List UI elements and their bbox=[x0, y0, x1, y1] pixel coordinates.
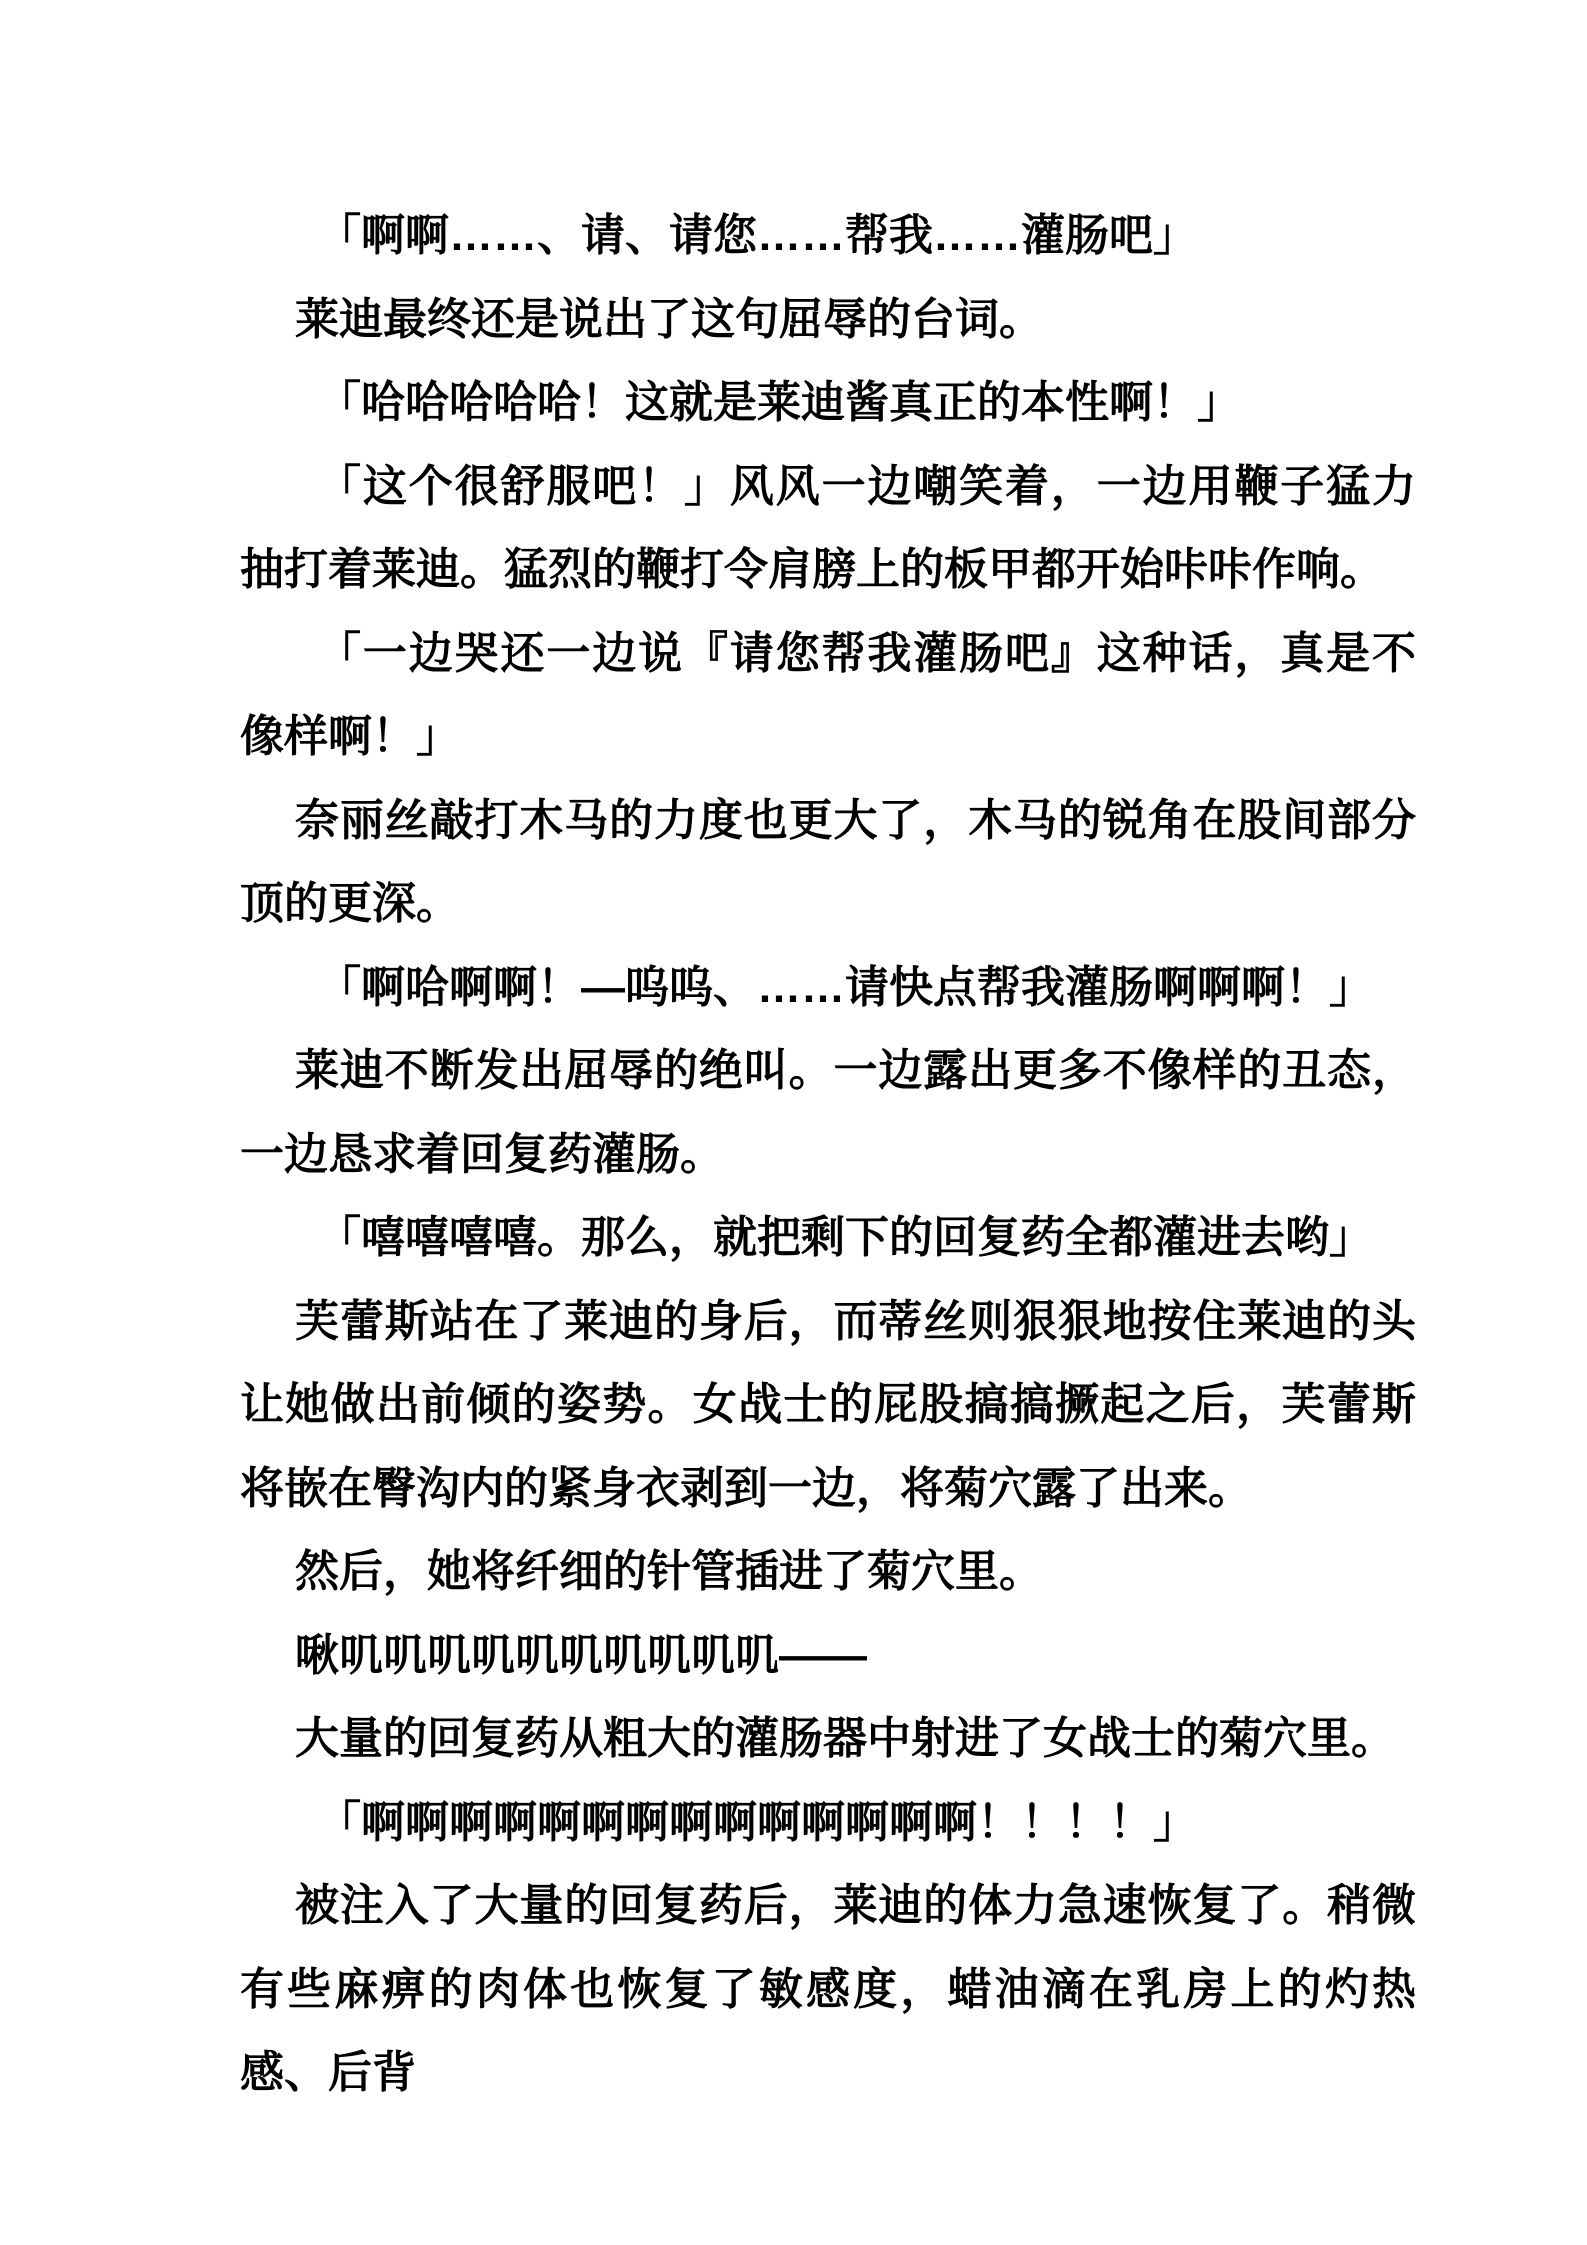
dialogue-paragraph: 「啊哈啊啊！—呜呜、……请快点帮我灌肠啊啊啊！」 bbox=[240, 946, 1416, 1030]
narration-paragraph: 奈丽丝敲打木马的力度也更大了，木马的锐角在股间部分顶的更深。 bbox=[240, 779, 1416, 946]
narration-paragraph: 芙蕾斯站在了莱迪的身后，而蒂丝则狠狠地按住莱迪的头让她做出前倾的姿势。女战士的屁… bbox=[240, 1280, 1416, 1531]
narration-paragraph: 莱迪不断发出屈辱的绝叫。一边露出更多不像样的丑态，一边恳求着回复药灌肠。 bbox=[240, 1029, 1416, 1196]
dialogue-paragraph: 「这个很舒服吧！」风风一边嘲笑着，一边用鞭子猛力抽打着莱迪。猛烈的鞭打令肩膀上的… bbox=[240, 445, 1416, 612]
narration-paragraph: 然后，她将纤细的针管插进了菊穴里。 bbox=[240, 1530, 1416, 1614]
dialogue-paragraph: 「嘻嘻嘻嘻。那么，就把剩下的回复药全都灌进去哟」 bbox=[240, 1196, 1416, 1280]
dialogue-paragraph: 「一边哭还一边说『请您帮我灌肠吧』这种话，真是不像样啊！」 bbox=[240, 612, 1416, 779]
narration-paragraph: 莱迪最终还是说出了这句屈辱的台词。 bbox=[240, 278, 1416, 362]
dialogue-paragraph: 「哈哈哈哈哈！这就是莱迪酱真正的本性啊！」 bbox=[240, 361, 1416, 445]
document-page: 「啊啊……、请、请您……帮我……灌肠吧」 莱迪最终还是说出了这句屈辱的台词。 「… bbox=[0, 0, 1587, 2245]
dialogue-paragraph: 「啊啊啊啊啊啊啊啊啊啊啊啊啊啊！！！！」 bbox=[240, 1781, 1416, 1865]
sfx-paragraph: 啾叽叽叽叽叽叽叽叽叽叽—— bbox=[240, 1614, 1416, 1698]
text-block: 「啊啊……、请、请您……帮我……灌肠吧」 莱迪最终还是说出了这句屈辱的台词。 「… bbox=[240, 194, 1416, 2115]
narration-paragraph: 大量的回复药从粗大的灌肠器中射进了女战士的菊穴里。 bbox=[240, 1697, 1416, 1781]
dialogue-paragraph: 「啊啊……、请、请您……帮我……灌肠吧」 bbox=[240, 194, 1416, 278]
narration-paragraph: 被注入了大量的回复药后，莱迪的体力急速恢复了。稍微有些麻痹的肉体也恢复了敏感度，… bbox=[240, 1864, 1416, 2115]
